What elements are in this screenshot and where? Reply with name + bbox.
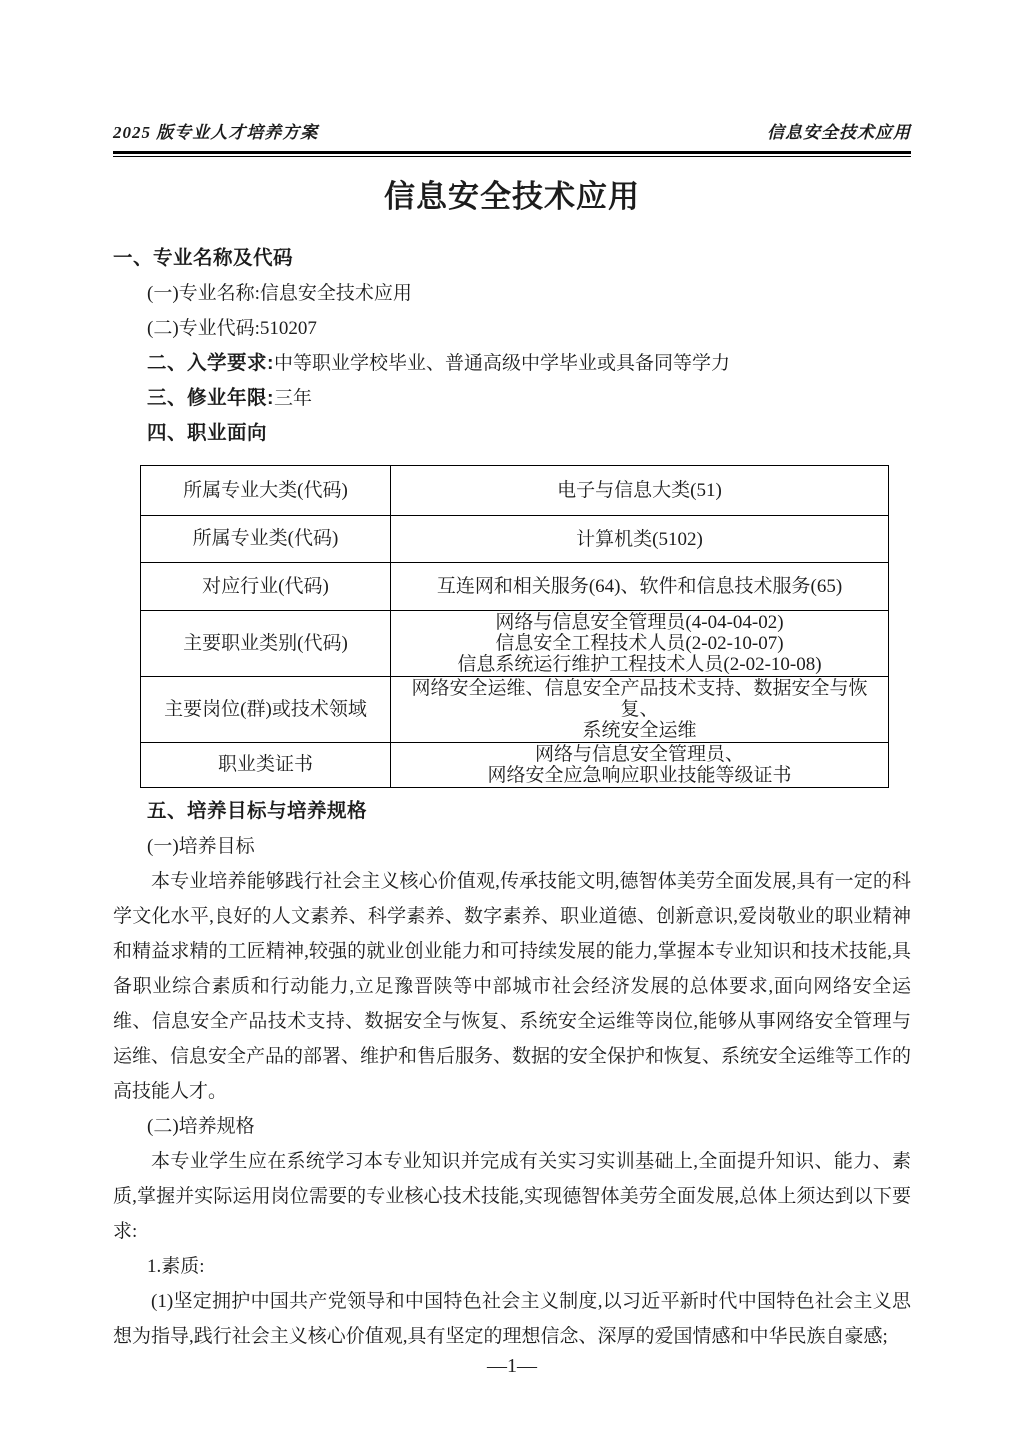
major-code-line: (二)专业代码:510207 bbox=[113, 311, 911, 346]
section-5-heading: 五、培养目标与培养规格 bbox=[113, 794, 911, 829]
table-row-value: 计算机类(5102) bbox=[391, 516, 889, 563]
section-2-line: 二、入学要求:中等职业学校毕业、普通高级中学毕业或具备同等学力 bbox=[113, 346, 911, 381]
table-row-value: 互连网和相关服务(64)、软件和信息技术服务(65) bbox=[391, 563, 889, 611]
section-3-text: 三年 bbox=[274, 388, 312, 409]
table-row: 职业类证书网络与信息安全管理员、网络安全应急响应职业技能等级证书 bbox=[141, 743, 889, 788]
training-sections: 五、培养目标与培养规格 (一)培养目标 本专业培养能够践行社会主义核心价值观,传… bbox=[113, 794, 911, 1354]
table-row-value: 网络与信息安全管理员、网络安全应急响应职业技能等级证书 bbox=[391, 743, 889, 788]
table-cell-line: 计算机类(5102) bbox=[395, 529, 884, 550]
table-row-value: 网络安全运维、信息安全产品技术支持、数据安全与恢复、系统安全运维 bbox=[391, 677, 889, 743]
section-1-heading: 一、专业名称及代码 bbox=[113, 241, 911, 276]
table-row: 主要岗位(群)或技术领域网络安全运维、信息安全产品技术支持、数据安全与恢复、系统… bbox=[141, 677, 889, 743]
header-right-text: 信息安全技术应用 bbox=[767, 118, 911, 143]
section-4-heading-text: 四、职业面向 bbox=[147, 422, 267, 444]
header-left-text: 2025 版专业人才培养方案 bbox=[113, 118, 318, 143]
section-3-label: 三、修业年限: bbox=[147, 387, 274, 409]
page-title: 信息安全技术应用 bbox=[113, 175, 911, 219]
career-table-body: 所属专业大类(代码)电子与信息大类(51)所属专业类(代码)计算机类(5102)… bbox=[141, 466, 889, 788]
table-row: 所属专业类(代码)计算机类(5102) bbox=[141, 516, 889, 563]
running-header: 2025 版专业人才培养方案 信息安全技术应用 bbox=[113, 0, 911, 143]
section-2-text: 中等职业学校毕业、普通高级中学毕业或具备同等学力 bbox=[274, 353, 730, 374]
quality-item-heading: 1.素质: bbox=[113, 1249, 911, 1284]
table-row-label: 对应行业(代码) bbox=[141, 563, 391, 611]
table-cell-line: 电子与信息大类(51) bbox=[395, 480, 884, 501]
header-divider-rule bbox=[113, 151, 911, 157]
section-4-heading: 四、职业面向 bbox=[113, 416, 911, 451]
table-row: 对应行业(代码)互连网和相关服务(64)、软件和信息技术服务(65) bbox=[141, 563, 889, 611]
document-body: 一、专业名称及代码 (一)专业名称:信息安全技术应用 (二)专业代码:51020… bbox=[113, 241, 911, 1354]
training-goal-subheading: (一)培养目标 bbox=[113, 829, 911, 864]
table-row-label: 主要职业类别(代码) bbox=[141, 611, 391, 677]
table-row-label: 主要岗位(群)或技术领域 bbox=[141, 677, 391, 743]
section-5-heading-text: 五、培养目标与培养规格 bbox=[147, 800, 367, 822]
table-cell-line: 信息系统运行维护工程技术人员(2-02-10-08) bbox=[395, 654, 884, 675]
table-row-label: 所属专业类(代码) bbox=[141, 516, 391, 563]
table-cell-line: 网络与信息安全管理员、 bbox=[395, 744, 884, 765]
table-row-label: 职业类证书 bbox=[141, 743, 391, 788]
section-3-line: 三、修业年限:三年 bbox=[113, 381, 911, 416]
table-row-value: 网络与信息安全管理员(4-04-04-02)信息安全工程技术人员(2-02-10… bbox=[391, 611, 889, 677]
major-name-line: (一)专业名称:信息安全技术应用 bbox=[113, 276, 911, 311]
quality-item-1-paragraph: (1)坚定拥护中国共产党领导和中国特色社会主义制度,以习近平新时代中国特色社会主… bbox=[113, 1284, 911, 1354]
table-cell-line: 系统安全运维 bbox=[395, 720, 884, 741]
career-orientation-table: 所属专业大类(代码)电子与信息大类(51)所属专业类(代码)计算机类(5102)… bbox=[140, 465, 889, 788]
table-cell-line: 网络安全运维、信息安全产品技术支持、数据安全与恢复、 bbox=[395, 678, 884, 720]
table-row-label: 所属专业大类(代码) bbox=[141, 466, 391, 516]
table-row: 所属专业大类(代码)电子与信息大类(51) bbox=[141, 466, 889, 516]
document-page: 2025 版专业人才培养方案 信息安全技术应用 信息安全技术应用 一、专业名称及… bbox=[0, 0, 1024, 1448]
table-cell-line: 信息安全工程技术人员(2-02-10-07) bbox=[395, 633, 884, 654]
page-number: —1— bbox=[0, 1355, 1024, 1378]
training-goal-paragraph: 本专业培养能够践行社会主义核心价值观,传承技能文明,德智体美劳全面发展,具有一定… bbox=[113, 864, 911, 1109]
training-spec-subheading: (二)培养规格 bbox=[113, 1109, 911, 1144]
table-cell-line: 网络与信息安全管理员(4-04-04-02) bbox=[395, 612, 884, 633]
section-2-label: 二、入学要求: bbox=[147, 352, 274, 374]
table-row: 主要职业类别(代码)网络与信息安全管理员(4-04-04-02)信息安全工程技术… bbox=[141, 611, 889, 677]
training-spec-paragraph: 本专业学生应在系统学习本专业知识并完成有关实习实训基础上,全面提升知识、能力、素… bbox=[113, 1144, 911, 1249]
table-cell-line: 互连网和相关服务(64)、软件和信息技术服务(65) bbox=[395, 576, 884, 597]
table-cell-line: 网络安全应急响应职业技能等级证书 bbox=[395, 765, 884, 786]
table-row-value: 电子与信息大类(51) bbox=[391, 466, 889, 516]
section-1-heading-text: 一、专业名称及代码 bbox=[113, 247, 293, 269]
